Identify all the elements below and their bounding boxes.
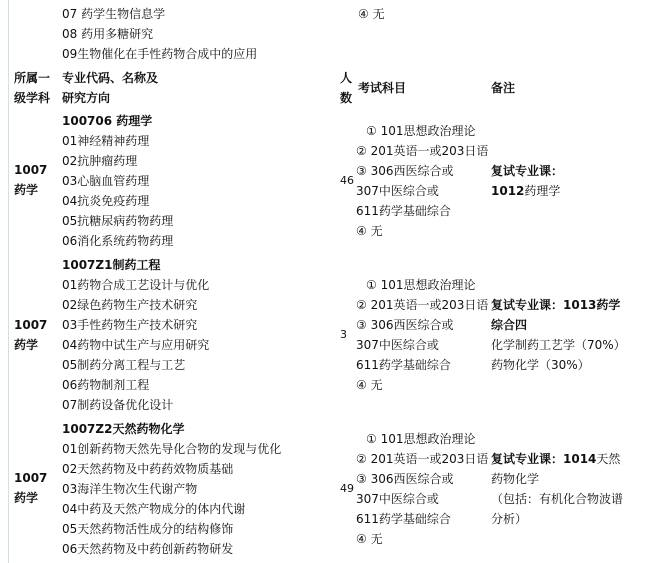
direction-item: 05天然药物活性成分的结构修饰 bbox=[62, 519, 281, 539]
exam-item: ② 201英语一或203日语 bbox=[356, 141, 488, 161]
header-major: 专业代码、名称及 研究方向 bbox=[62, 68, 158, 108]
remark-line: （包括：有机化合物波谱 bbox=[491, 489, 623, 509]
row3-major: 1007Z2天然药物化学 01创新药物天然先导化合物的发现与优化 02天然药物及… bbox=[62, 419, 281, 559]
remark-line: 分析） bbox=[491, 509, 623, 529]
row1-remarks: 复试专业课： 1012药理学 bbox=[491, 161, 563, 201]
row1-discipline: 1007 药学 bbox=[14, 160, 47, 200]
remark-line: 1012药理学 bbox=[491, 181, 563, 201]
direction-item: 06消化系统药物药理 bbox=[62, 231, 173, 251]
major-title: 1007Z2天然药物化学 bbox=[62, 419, 281, 439]
direction-item: 03心脑血管药理 bbox=[62, 171, 173, 191]
direction-item: 02抗肿瘤药理 bbox=[62, 151, 173, 171]
row3-exams: ① 101思想政治理论 ② 201英语一或203日语 ③ 306西医综合或 30… bbox=[356, 429, 488, 549]
direction-item: 01神经精神药理 bbox=[62, 131, 173, 151]
direction-item: 06天然药物及中药创新药物研发 bbox=[62, 539, 281, 559]
exam-item: ① 101思想政治理论 bbox=[356, 121, 488, 141]
exam-item: ① 101思想政治理论 bbox=[356, 275, 488, 295]
exam-item: 611药学基础综合 bbox=[356, 201, 488, 221]
direction-item: 04药物中试生产与应用研究 bbox=[62, 335, 209, 355]
exam-item: 307中医综合或 bbox=[356, 489, 488, 509]
direction-item: 05制药分离工程与工艺 bbox=[62, 355, 209, 375]
direction-item: 04中药及天然产物成分的体内代谢 bbox=[62, 499, 281, 519]
remark-line: 药物化学（30%） bbox=[491, 355, 626, 375]
direction-item: 07 药学生物信息学 bbox=[62, 4, 257, 24]
row3-discipline: 1007 药学 bbox=[14, 468, 47, 508]
exam-item: ③ 306西医综合或 bbox=[356, 315, 488, 335]
table-left-border bbox=[8, 0, 9, 563]
prev-row-directions: 07 药学生物信息学 08 药用多糖研究 09生物催化在手性药物合成中的应用 bbox=[62, 4, 257, 64]
exam-item: ③ 306西医综合或 bbox=[356, 161, 488, 181]
direction-item: 03手性药物生产技术研究 bbox=[62, 315, 209, 335]
exam-item: ② 201英语一或203日语 bbox=[356, 449, 488, 469]
header-exam: 考试科目 bbox=[358, 78, 406, 98]
row2-exams: ① 101思想政治理论 ② 201英语一或203日语 ③ 306西医综合或 30… bbox=[356, 275, 488, 395]
header-discipline: 所属一 级学科 bbox=[14, 68, 50, 108]
row1-exams: ① 101思想政治理论 ② 201英语一或203日语 ③ 306西医综合或 30… bbox=[356, 121, 488, 241]
remark-line: 药物化学 bbox=[491, 469, 623, 489]
direction-item: 02绿色药物生产技术研究 bbox=[62, 295, 209, 315]
direction-item: 03海洋生物次生代谢产物 bbox=[62, 479, 281, 499]
major-title: 100706 药理学 bbox=[62, 111, 173, 131]
remark-line: 复试专业课：1014天然 bbox=[491, 449, 623, 469]
exam-item: ④ 无 bbox=[356, 375, 488, 395]
remark-line: 复试专业课：1013药学 bbox=[491, 295, 626, 315]
row3-remarks: 复试专业课：1014天然 药物化学 （包括：有机化合物波谱 分析） bbox=[491, 449, 623, 529]
exam-item: ① 101思想政治理论 bbox=[356, 429, 488, 449]
row2-remarks: 复试专业课：1013药学 综合四 化学制药工艺学（70%） 药物化学（30%） bbox=[491, 295, 626, 375]
direction-item: 05抗糖尿病药物药理 bbox=[62, 211, 173, 231]
exam-item: ③ 306西医综合或 bbox=[356, 469, 488, 489]
direction-item: 04抗炎免疫药理 bbox=[62, 191, 173, 211]
direction-item: 01药物合成工艺设计与优化 bbox=[62, 275, 209, 295]
row2-discipline: 1007 药学 bbox=[14, 315, 47, 355]
exam-item: ④ 无 bbox=[356, 529, 488, 549]
major-title: 1007Z1制药工程 bbox=[62, 255, 209, 275]
direction-item: 09生物催化在手性药物合成中的应用 bbox=[62, 44, 257, 64]
direction-item: 08 药用多糖研究 bbox=[62, 24, 257, 44]
row2-count: 3 bbox=[340, 325, 347, 345]
remark-line: 综合四 bbox=[491, 315, 626, 335]
prev-row-exam-tail: ④ 无 bbox=[358, 4, 385, 24]
exam-item: 611药学基础综合 bbox=[356, 355, 488, 375]
direction-item: 06药物制剂工程 bbox=[62, 375, 209, 395]
row3-count: 49 bbox=[340, 479, 354, 499]
row1-count: 46 bbox=[340, 171, 354, 191]
header-count: 人 数 bbox=[340, 68, 352, 108]
header-remark: 备注 bbox=[491, 78, 515, 98]
exam-item: 611药学基础综合 bbox=[356, 509, 488, 529]
direction-item: 01创新药物天然先导化合物的发现与优化 bbox=[62, 439, 281, 459]
exam-item: 307中医综合或 bbox=[356, 181, 488, 201]
exam-item: 307中医综合或 bbox=[356, 335, 488, 355]
direction-item: 07制药设备优化设计 bbox=[62, 395, 209, 415]
exam-item: ② 201英语一或203日语 bbox=[356, 295, 488, 315]
row2-major: 1007Z1制药工程 01药物合成工艺设计与优化 02绿色药物生产技术研究 03… bbox=[62, 255, 209, 415]
row1-major: 100706 药理学 01神经精神药理 02抗肿瘤药理 03心脑血管药理 04抗… bbox=[62, 111, 173, 251]
remark-line: 复试专业课： bbox=[491, 161, 563, 181]
remark-line: 化学制药工艺学（70%） bbox=[491, 335, 626, 355]
exam-item: ④ 无 bbox=[356, 221, 488, 241]
direction-item: 02天然药物及中药药效物质基础 bbox=[62, 459, 281, 479]
